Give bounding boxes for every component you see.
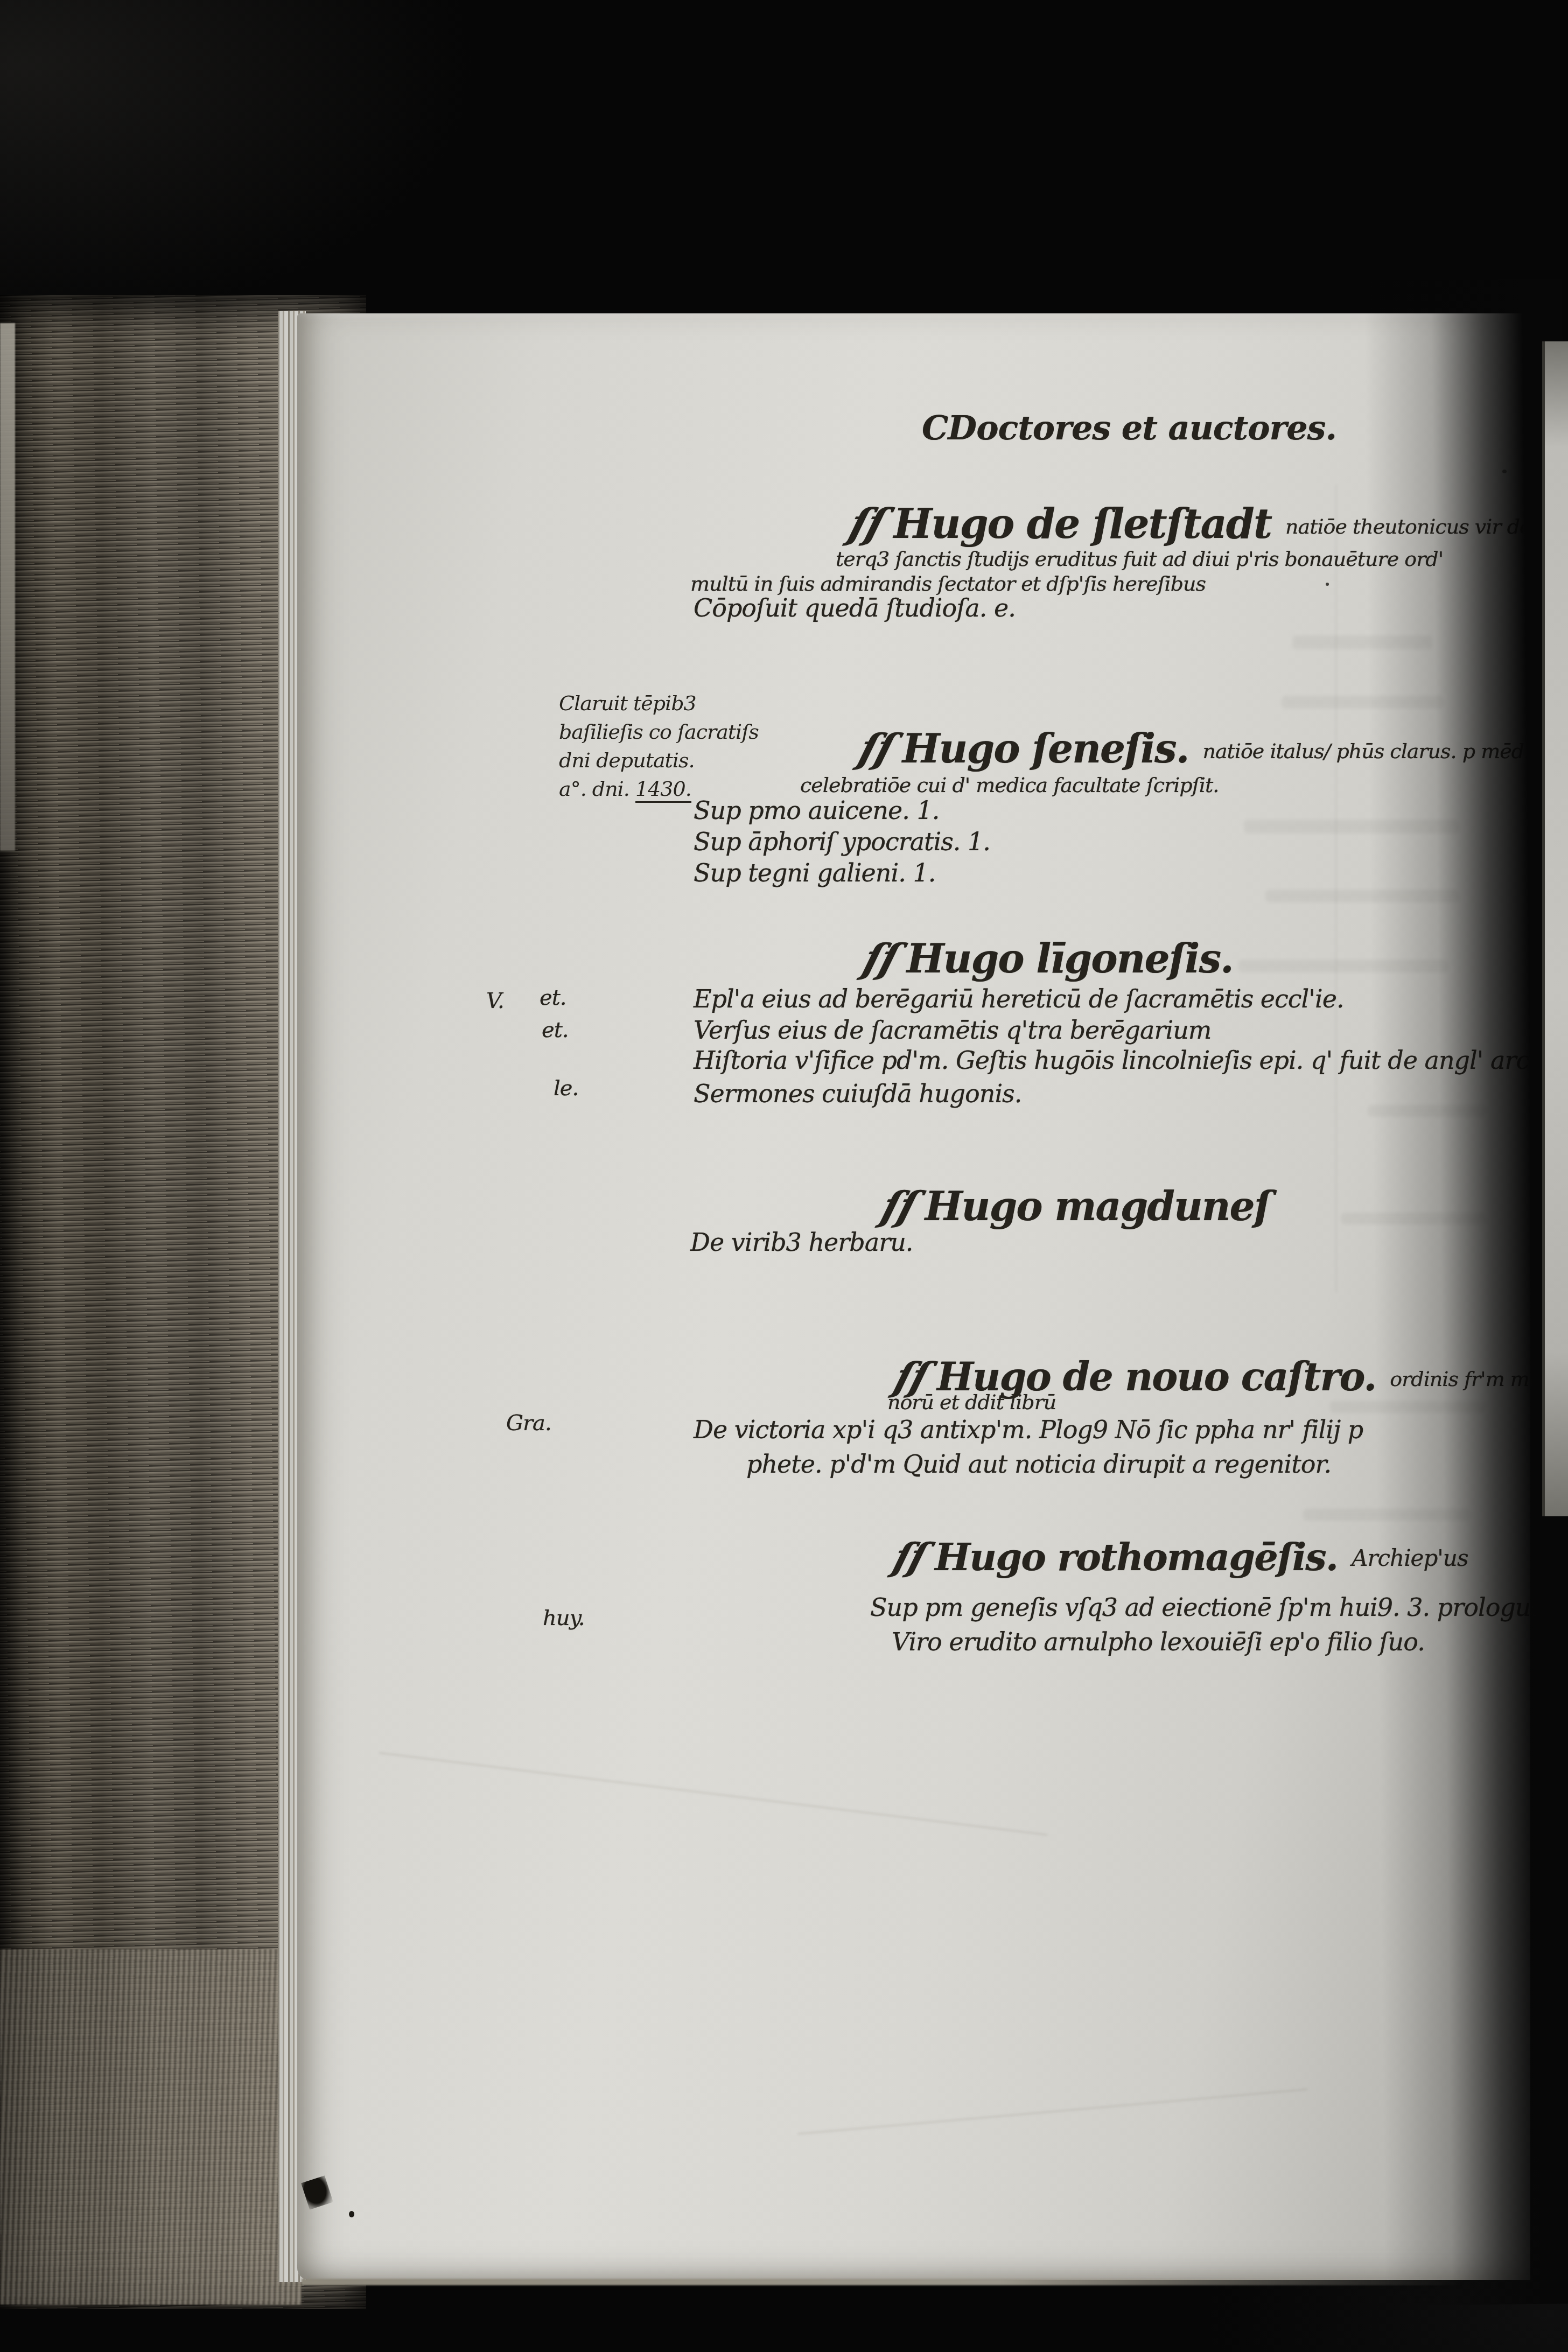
entry-heading-lingonensis: ſſHugo līgoneſis. — [865, 936, 1233, 982]
entry-note-line: norū et ddit librū — [887, 1390, 1056, 1414]
paragraph-mark-icon: ſſ — [844, 500, 891, 548]
margin-label: V. — [486, 989, 504, 1013]
entry-heading-text: Hugo līgoneſis. — [907, 936, 1233, 982]
margin-label: huy. — [543, 1606, 585, 1630]
title-paragraph-mark: C — [922, 408, 948, 447]
book-line: Sup pmo auicene. 1. — [694, 796, 939, 825]
book-line: Epl'a eius ad berēgariū hereticū de ſacr… — [694, 984, 1344, 1013]
book-line: Sup tegni galieni. 1. — [694, 858, 935, 887]
paragraph-mark-icon: ſſ — [858, 936, 904, 982]
paragraph-mark-icon: ſſ — [877, 1184, 922, 1230]
margin-note-line: dni deputatis. — [559, 746, 759, 775]
adjacent-page-edge — [1542, 341, 1568, 1516]
book-line: Cōpoſuit quedā ſtudioſa. e. — [694, 593, 1016, 622]
entry-note-line: terq3 ſanctis ſtudijs eruditus fuit ad d… — [836, 547, 1443, 571]
book-line: De victoria xp'i q3 antixp'm. Plog9 Nō ſ… — [694, 1415, 1363, 1444]
margin-note-date-prefix: a°. dni. — [559, 777, 635, 801]
margin-note-block: Claruit tēpib3 baſilieſis co ſacratiſs d… — [559, 689, 759, 803]
entry-heading-text: Hugo rothomagēſis. — [935, 1535, 1338, 1579]
page-title: CDoctores et auctores. — [922, 408, 1336, 447]
entry-note-line: multū in ſuis admirandis ſectator et dſp… — [690, 572, 1206, 596]
book-line: Verſus eius de ſacramētis q'tra berēgari… — [694, 1016, 1211, 1045]
margin-label: et. — [542, 1018, 568, 1042]
book-line: Sermones cuiuſdā hugonis. — [694, 1079, 1021, 1108]
margin-label: et. — [540, 985, 566, 1010]
margin-note-line: baſilieſis co ſacratiſs — [559, 718, 759, 746]
handwritten-text-layer: CDoctores et auctores. ſſHugo de ſletſta… — [0, 0, 1568, 2352]
margin-note-line: Claruit tēpib3 — [559, 689, 759, 718]
entry-heading-text: Hugo ſeneſis. — [902, 726, 1189, 772]
margin-note-date: 1430. — [635, 777, 691, 803]
paragraph-mark-icon: ſſ — [854, 726, 899, 772]
margin-label: Gra. — [506, 1411, 551, 1436]
paragraph-mark-icon: ſſ — [888, 1535, 932, 1579]
entry-note-line: celebratiōe cui d' medica facultate ſcri… — [800, 773, 1219, 797]
entry-heading-text: Hugo magduneſ — [925, 1184, 1270, 1230]
margin-label: le. — [554, 1076, 578, 1101]
entry-heading-magdunensis: ſſHugo magduneſ — [883, 1184, 1270, 1230]
book-line: phete. p'd'm Quid aut noticia dirupit a … — [746, 1450, 1331, 1479]
entry-heading-text: Hugo de ſletſtadt — [893, 500, 1271, 548]
right-gutter-shadow — [1363, 279, 1568, 2306]
book-line: Sup āphoriſ ypocratis. 1. — [694, 827, 990, 856]
book-line: Viro erudito arnulpho lexouiēſi ep'o fil… — [892, 1627, 1425, 1656]
page-title-text: Doctores et auctores. — [948, 408, 1336, 447]
book-line: De virib3 herbaru. — [690, 1228, 913, 1257]
